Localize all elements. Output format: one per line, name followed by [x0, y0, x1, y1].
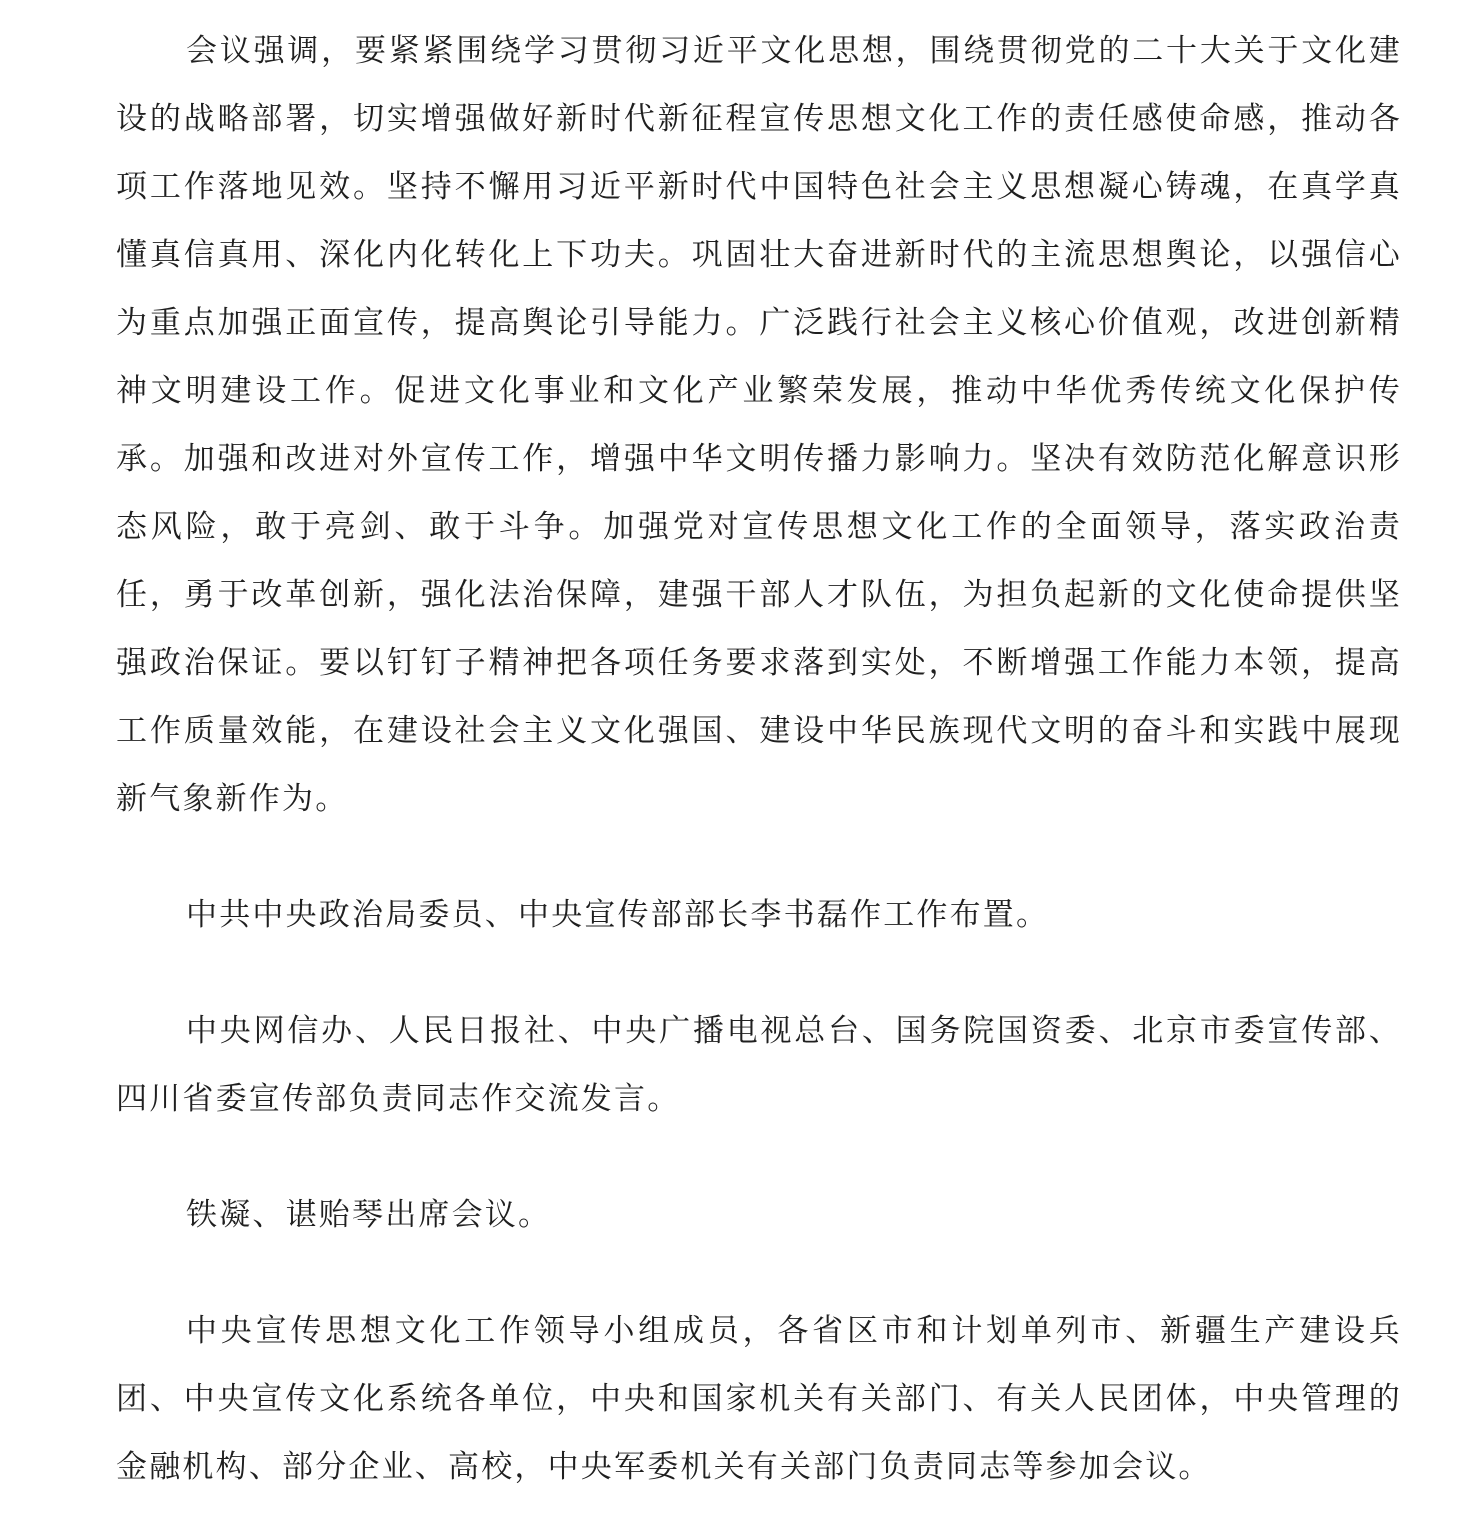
paragraph-attendees-leaders: 铁凝、谌贻琴出席会议。 — [116, 1181, 1402, 1249]
paragraph-spacer — [116, 1249, 1402, 1297]
paragraph-spacer — [116, 1133, 1402, 1181]
paragraph-spacer — [116, 949, 1402, 997]
paragraph-participants: 中央宣传思想文化工作领导小组成员，各省区市和计划单列市、新疆生产建设兵团、中央宣… — [116, 1297, 1402, 1501]
paragraph-spacer — [116, 833, 1402, 881]
document-body: 会议强调，要紧紧围绕学习贯彻习近平文化思想，围绕贯彻党的二十大关于文化建设的战略… — [116, 17, 1402, 1501]
paragraph-work-arrangement: 中共中央政治局委员、中央宣传部部长李书磊作工作布置。 — [116, 881, 1402, 949]
paragraph-exchange-speeches: 中央网信办、人民日报社、中央广播电视总台、国务院国资委、北京市委宣传部、四川省委… — [116, 997, 1402, 1133]
paragraph-meeting-emphasis: 会议强调，要紧紧围绕学习贯彻习近平文化思想，围绕贯彻党的二十大关于文化建设的战略… — [116, 17, 1402, 833]
